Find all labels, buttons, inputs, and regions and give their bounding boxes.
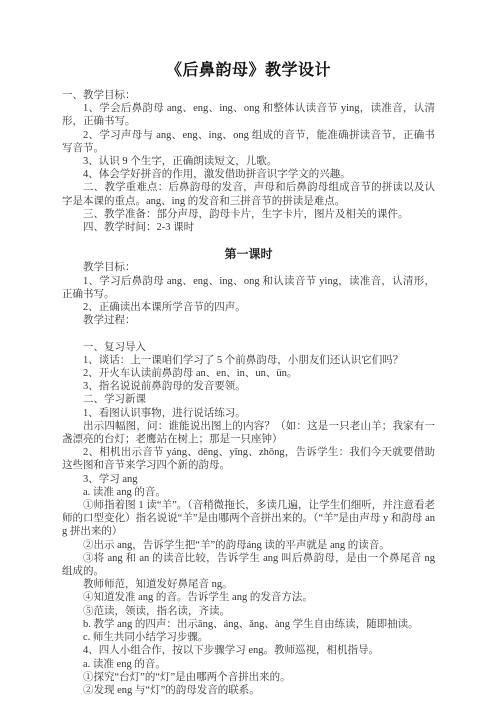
blank-line <box>62 234 435 247</box>
document-page: 《后鼻韵母》教学设计 一、教学目标：1、学会后鼻韵母 ang、eng、ing、o… <box>0 0 496 702</box>
session-heading: 第一课时 <box>62 247 435 261</box>
paragraph: 一、复习导入 <box>62 341 435 354</box>
paragraph: 1、看图认识事物，进行说话练习。 <box>62 407 435 420</box>
paragraph: 教师师范，知道发好鼻尾音 ng。 <box>62 578 435 591</box>
paragraph: 二、学习新课 <box>62 393 435 406</box>
paragraph: c. 师生共同小结学习步骤。 <box>62 631 435 644</box>
paragraph: ②发现 eng 与“灯”的韵母发音的联系。 <box>62 684 435 697</box>
paragraph: 教学过程： <box>62 314 435 327</box>
document-body: 一、教学目标：1、学会后鼻韵母 ang、eng、ing、ong 和整体认读音节 … <box>62 89 435 697</box>
paragraph: 2、正确读出本课所学音节的四声。 <box>62 301 435 314</box>
document-title: 《后鼻韵母》教学设计 <box>62 60 435 81</box>
paragraph: ①师指着图 1 读“羊”。（音稍微拖长，多读几遍，让学生们细听，并注意看老师的口… <box>62 499 435 539</box>
paragraph: 出示四幅图，问：谁能说出图上的内容？（如：这是一只老山羊；我家有一盏漂亮的台灯；… <box>62 420 435 446</box>
paragraph: 教学目标： <box>62 261 435 274</box>
paragraph: ⑤范读，领读，指名读，齐读。 <box>62 605 435 618</box>
paragraph: 4、四人小组合作，按以下步骤学习 eng。教师巡视，相机指导。 <box>62 644 435 657</box>
paragraph: 3、学习 ang <box>62 473 435 486</box>
paragraph: ③将 ang 和 an 的读音比较，告诉学生 ang 叫后鼻韵母，是由一个鼻尾音… <box>62 552 435 578</box>
paragraph: 1、学习后鼻韵母 ang、eng、ing、ong 和认读音节 ying，读准音，… <box>62 275 435 301</box>
paragraph: 三、教学准备：部分声母，韵母卡片，生字卡片，图片及相关的课件。 <box>62 208 435 221</box>
paragraph: 2、开火车认读前鼻韵母 an、en、in、un、ün。 <box>62 367 435 380</box>
blank-line <box>62 327 435 340</box>
paragraph: a. 读准 ang 的音。 <box>62 486 435 499</box>
paragraph: 1、学会后鼻韵母 ang、eng、ing、ong 和整体认读音节 ying，读准… <box>62 102 435 128</box>
paragraph: 3、指名说说前鼻韵母的发音要领。 <box>62 380 435 393</box>
paragraph: 一、教学目标： <box>62 89 435 102</box>
paragraph: 2、学习声母与 ang、eng、ing、ong 组成的音节，能准确拼读音节，正确… <box>62 129 435 155</box>
paragraph: 1、谈话：上一课咱们学习了 5 个前鼻韵母，小朋友们还认识它们吗？ <box>62 354 435 367</box>
paragraph: 3、认识 9 个生字，正确朗读短文，儿歌。 <box>62 155 435 168</box>
paragraph: ②出示 ang，告诉学生把“羊”的韵母áng 读的平声就是 ang 的读音。 <box>62 539 435 552</box>
paragraph: ④知道发准 ang 的音。告诉学生 ang 的发音方法。 <box>62 591 435 604</box>
paragraph: 2、相机出示音节 yáng、dēng、yīng、zhōng，告诉学生：我们今天就… <box>62 446 435 472</box>
paragraph: 4、体会学好拼音的作用，激发借助拼音识字学文的兴趣。 <box>62 168 435 181</box>
paragraph: a. 读准 eng 的音。 <box>62 658 435 671</box>
paragraph: ①探究“台灯”的“灯”是由哪两个音拼出来的。 <box>62 671 435 684</box>
paragraph: b. 教学 ang 的四声：出示āng、áng、ǎng、àng 学生自由练读，随… <box>62 618 435 631</box>
paragraph: 四、教学时间：2-3 课时 <box>62 221 435 234</box>
paragraph: 二、教学重难点：后鼻韵母的发音，声母和后鼻韵母组成音节的拼读以及认字是本课的重点… <box>62 181 435 207</box>
